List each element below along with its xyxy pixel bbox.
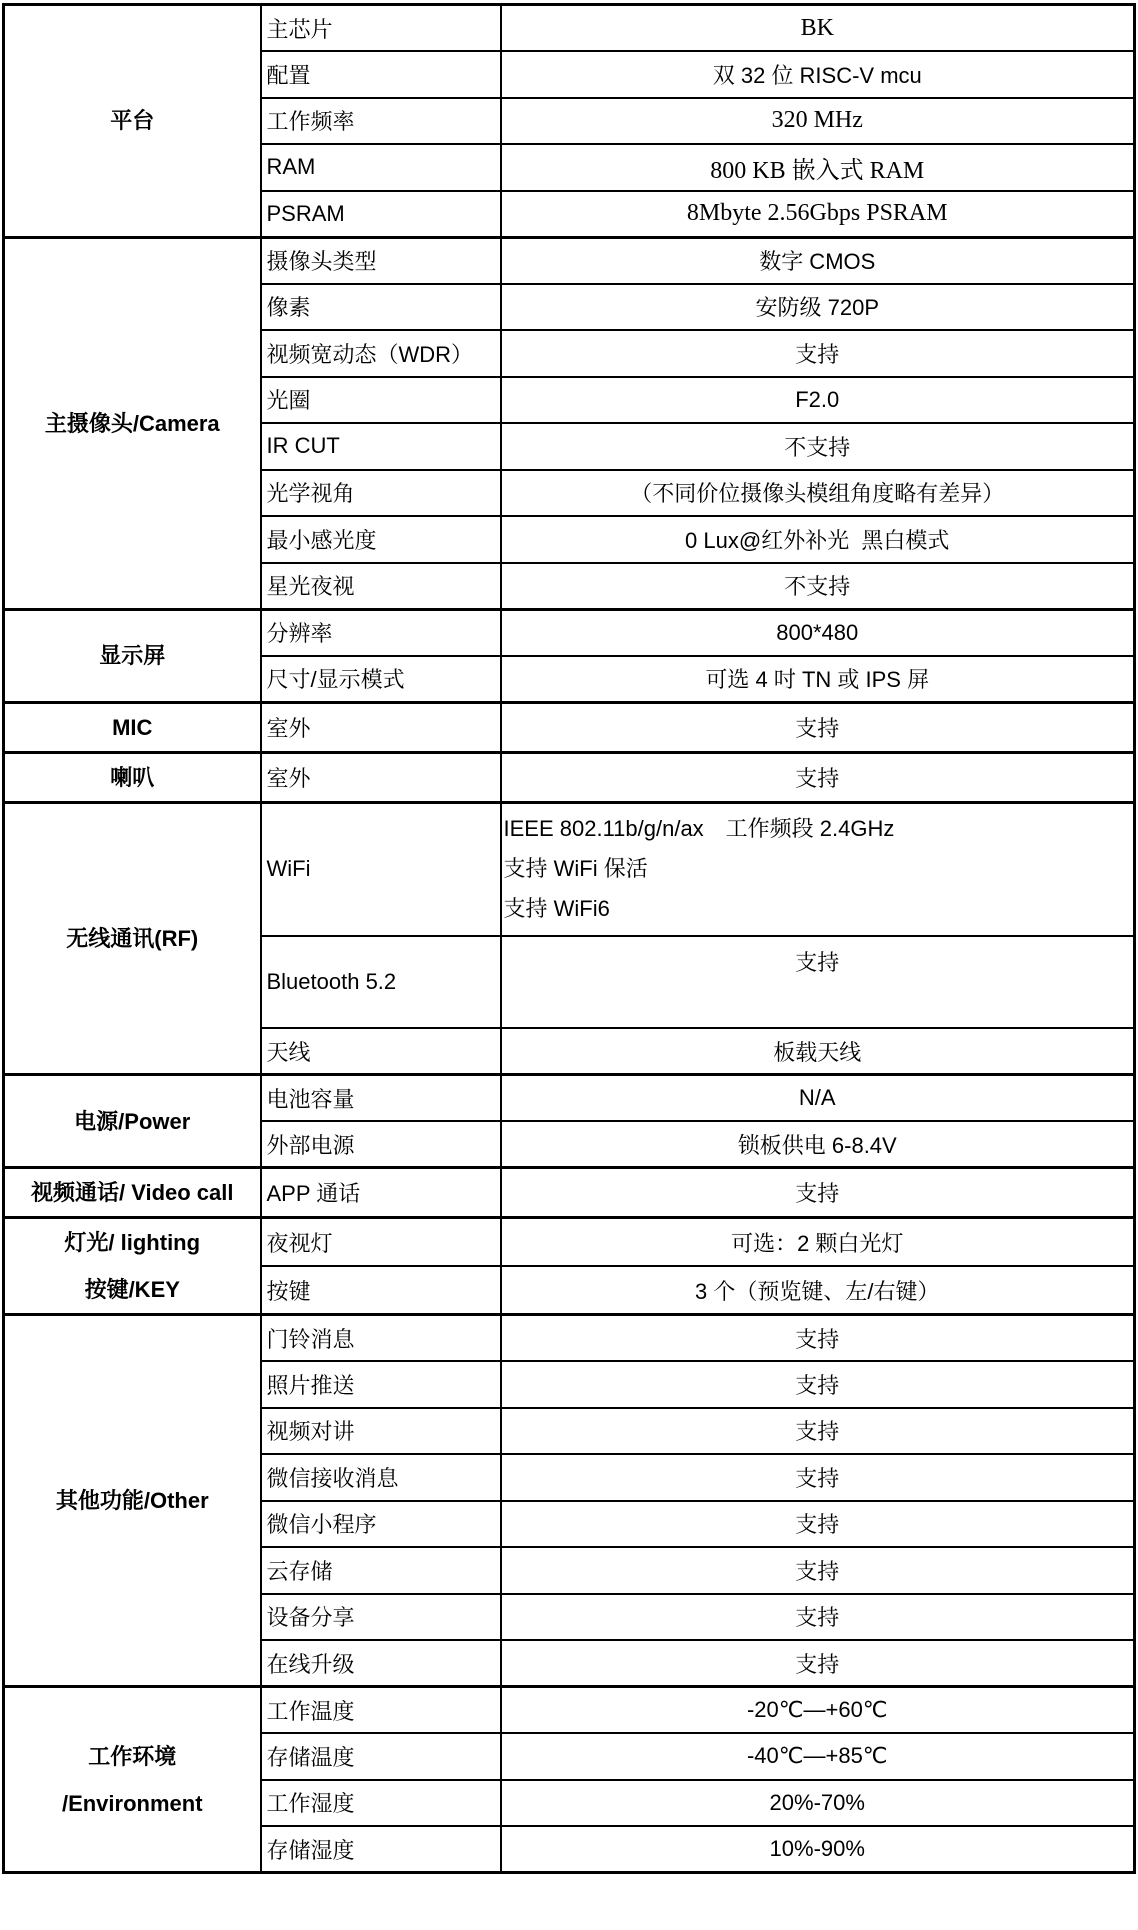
spec-value-cell: 支持 bbox=[501, 1168, 1135, 1218]
spec-value-cell: 3 个（预览键、左/右键） bbox=[501, 1266, 1135, 1315]
category-label: 显示屏 bbox=[5, 632, 260, 679]
spec-label-cell: 夜视灯 bbox=[261, 1218, 501, 1267]
category-label: 平台 bbox=[5, 97, 260, 144]
spec-label-cell: 配置 bbox=[261, 51, 501, 98]
category-cell: 其他功能/Other bbox=[4, 1315, 261, 1687]
category-label: 喇叭 bbox=[5, 754, 260, 801]
spec-row: 无线通讯(RF)WiFiIEEE 802.11b/g/n/ax 工作频段 2.4… bbox=[4, 802, 1135, 936]
spec-label-cell: 电池容量 bbox=[261, 1075, 501, 1122]
spec-value-cell: 数字 CMOS bbox=[501, 237, 1135, 284]
spec-value-cell: 8Mbyte 2.56Gbps PSRAM bbox=[501, 191, 1135, 238]
spec-value-cell: 支持 bbox=[501, 1547, 1135, 1594]
category-label: 其他功能/Other bbox=[5, 1477, 260, 1524]
spec-label-cell: 光学视角 bbox=[261, 470, 501, 517]
spec-row: 其他功能/Other门铃消息支持 bbox=[4, 1315, 1135, 1362]
spec-value-cell: 支持 bbox=[501, 936, 1135, 1028]
spec-label-cell: 视频宽动态（WDR） bbox=[261, 330, 501, 377]
category-cell: 无线通讯(RF) bbox=[4, 802, 261, 1075]
category-cell: 显示屏 bbox=[4, 609, 261, 702]
spec-row: 视频通话/ Video callAPP 通话支持 bbox=[4, 1168, 1135, 1218]
spec-row: 平台主芯片BK bbox=[4, 5, 1135, 52]
spec-value-cell: 安防级 720P bbox=[501, 284, 1135, 331]
spec-value-cell: N/A bbox=[501, 1075, 1135, 1122]
category-label: 按键/KEY bbox=[5, 1266, 260, 1313]
spec-table: 平台主芯片BK配置双 32 位 RISC-V mcu工作频率320 MHzRAM… bbox=[2, 3, 1136, 1874]
spec-value-cell: 支持 bbox=[501, 1454, 1135, 1501]
spec-label-cell: 工作湿度 bbox=[261, 1780, 501, 1827]
spec-label-cell: 工作温度 bbox=[261, 1687, 501, 1734]
spec-value-cell: -40℃—+85℃ bbox=[501, 1733, 1135, 1780]
spec-label-cell: 门铃消息 bbox=[261, 1315, 501, 1362]
spec-label-cell: 摄像头类型 bbox=[261, 237, 501, 284]
category-cell: 视频通话/ Video call bbox=[4, 1168, 261, 1218]
spec-value-cell: 支持 bbox=[501, 1594, 1135, 1641]
spec-value-cell: 800 KB 嵌入式 RAM bbox=[501, 144, 1135, 191]
spec-row: 电源/Power电池容量N/A bbox=[4, 1075, 1135, 1122]
spec-sheet-page: 平台主芯片BK配置双 32 位 RISC-V mcu工作频率320 MHzRAM… bbox=[0, 0, 1138, 1930]
spec-value-cell: -20℃—+60℃ bbox=[501, 1687, 1135, 1734]
category-cell: 灯光/ lighting按键/KEY bbox=[4, 1218, 261, 1315]
spec-value-cell: BK bbox=[501, 5, 1135, 52]
spec-label-cell: 室外 bbox=[261, 702, 501, 752]
spec-value-cell: 可选 4 吋 TN 或 IPS 屏 bbox=[501, 656, 1135, 703]
spec-value-cell: 支持 bbox=[501, 330, 1135, 377]
spec-value-cell: 10%-90% bbox=[501, 1826, 1135, 1873]
category-label: /Environment bbox=[5, 1780, 260, 1827]
spec-label-cell: PSRAM bbox=[261, 191, 501, 238]
spec-value-line: 支持 WiFi6 bbox=[504, 889, 1130, 929]
spec-label-cell: 外部电源 bbox=[261, 1121, 501, 1168]
category-cell: 喇叭 bbox=[4, 752, 261, 802]
spec-value-cell: 可选：2 颗白光灯 bbox=[501, 1218, 1135, 1267]
category-label: 工作环境 bbox=[5, 1733, 260, 1780]
spec-label-cell: 室外 bbox=[261, 752, 501, 802]
spec-label-cell: 分辨率 bbox=[261, 609, 501, 656]
spec-label-cell: 存储温度 bbox=[261, 1733, 501, 1780]
category-label: 无线通讯(RF) bbox=[5, 915, 260, 962]
spec-label-cell: 天线 bbox=[261, 1028, 501, 1075]
spec-value-cell: 支持 bbox=[501, 1361, 1135, 1408]
spec-label-cell: APP 通话 bbox=[261, 1168, 501, 1218]
spec-label-cell: 尺寸/显示模式 bbox=[261, 656, 501, 703]
spec-label-cell: WiFi bbox=[261, 802, 501, 936]
spec-row: 显示屏分辨率800*480 bbox=[4, 609, 1135, 656]
spec-value-cell: 支持 bbox=[501, 752, 1135, 802]
spec-label-cell: IR CUT bbox=[261, 423, 501, 470]
spec-row: 灯光/ lighting按键/KEY夜视灯可选：2 颗白光灯 bbox=[4, 1218, 1135, 1267]
category-label: 视频通话/ Video call bbox=[5, 1169, 260, 1216]
spec-value-cell: 320 MHz bbox=[501, 98, 1135, 145]
category-label: 主摄像头/Camera bbox=[5, 400, 260, 447]
category-cell: 主摄像头/Camera bbox=[4, 237, 261, 609]
spec-value-cell: 800*480 bbox=[501, 609, 1135, 656]
spec-label-cell: 星光夜视 bbox=[261, 563, 501, 610]
category-cell: 工作环境/Environment bbox=[4, 1687, 261, 1873]
spec-value-cell: F2.0 bbox=[501, 377, 1135, 424]
spec-row: 主摄像头/Camera摄像头类型数字 CMOS bbox=[4, 237, 1135, 284]
spec-value-cell: IEEE 802.11b/g/n/ax 工作频段 2.4GHz支持 WiFi 保… bbox=[501, 802, 1135, 936]
spec-label-cell: 工作频率 bbox=[261, 98, 501, 145]
spec-label-cell: 在线升级 bbox=[261, 1640, 501, 1687]
spec-value-cell: 支持 bbox=[501, 1315, 1135, 1362]
spec-value-cell: 20%-70% bbox=[501, 1780, 1135, 1827]
spec-label-cell: 设备分享 bbox=[261, 1594, 501, 1641]
category-cell: MIC bbox=[4, 702, 261, 752]
spec-label-cell: 照片推送 bbox=[261, 1361, 501, 1408]
spec-label-cell: 最小感光度 bbox=[261, 516, 501, 563]
spec-label-cell: 云存储 bbox=[261, 1547, 501, 1594]
spec-label-cell: 像素 bbox=[261, 284, 501, 331]
category-label: MIC bbox=[5, 704, 260, 751]
spec-value-cell: 不支持 bbox=[501, 563, 1135, 610]
category-label: 灯光/ lighting bbox=[5, 1219, 260, 1266]
spec-value-cell: 锁板供电 6-8.4V bbox=[501, 1121, 1135, 1168]
spec-value-cell: 支持 bbox=[501, 1501, 1135, 1548]
spec-label-cell: 光圈 bbox=[261, 377, 501, 424]
spec-label-cell: 按键 bbox=[261, 1266, 501, 1315]
category-cell: 电源/Power bbox=[4, 1075, 261, 1168]
spec-table-body: 平台主芯片BK配置双 32 位 RISC-V mcu工作频率320 MHzRAM… bbox=[4, 5, 1135, 1873]
spec-row: 喇叭室外支持 bbox=[4, 752, 1135, 802]
spec-value-cell: （不同价位摄像头模组角度略有差异） bbox=[501, 470, 1135, 517]
spec-value-line: 支持 WiFi 保活 bbox=[504, 849, 1130, 889]
category-label: 电源/Power bbox=[5, 1098, 260, 1145]
spec-label-cell: 视频对讲 bbox=[261, 1408, 501, 1455]
spec-row: MIC室外支持 bbox=[4, 702, 1135, 752]
spec-row: 工作环境/Environment工作温度-20℃—+60℃ bbox=[4, 1687, 1135, 1734]
category-cell: 平台 bbox=[4, 5, 261, 238]
spec-value-cell: 0 Lux@红外补光 黑白模式 bbox=[501, 516, 1135, 563]
spec-value-cell: 不支持 bbox=[501, 423, 1135, 470]
spec-label-cell: 主芯片 bbox=[261, 5, 501, 52]
spec-label-cell: 存储湿度 bbox=[261, 1826, 501, 1873]
spec-value-cell: 支持 bbox=[501, 1408, 1135, 1455]
spec-label-cell: 微信小程序 bbox=[261, 1501, 501, 1548]
spec-value-cell: 双 32 位 RISC-V mcu bbox=[501, 51, 1135, 98]
spec-value-cell: 板载天线 bbox=[501, 1028, 1135, 1075]
spec-label-cell: RAM bbox=[261, 144, 501, 191]
spec-value-cell: 支持 bbox=[501, 702, 1135, 752]
spec-label-cell: Bluetooth 5.2 bbox=[261, 936, 501, 1028]
spec-value-cell: 支持 bbox=[501, 1640, 1135, 1687]
spec-value-line: IEEE 802.11b/g/n/ax 工作频段 2.4GHz bbox=[504, 809, 1130, 849]
spec-label-cell: 微信接收消息 bbox=[261, 1454, 501, 1501]
